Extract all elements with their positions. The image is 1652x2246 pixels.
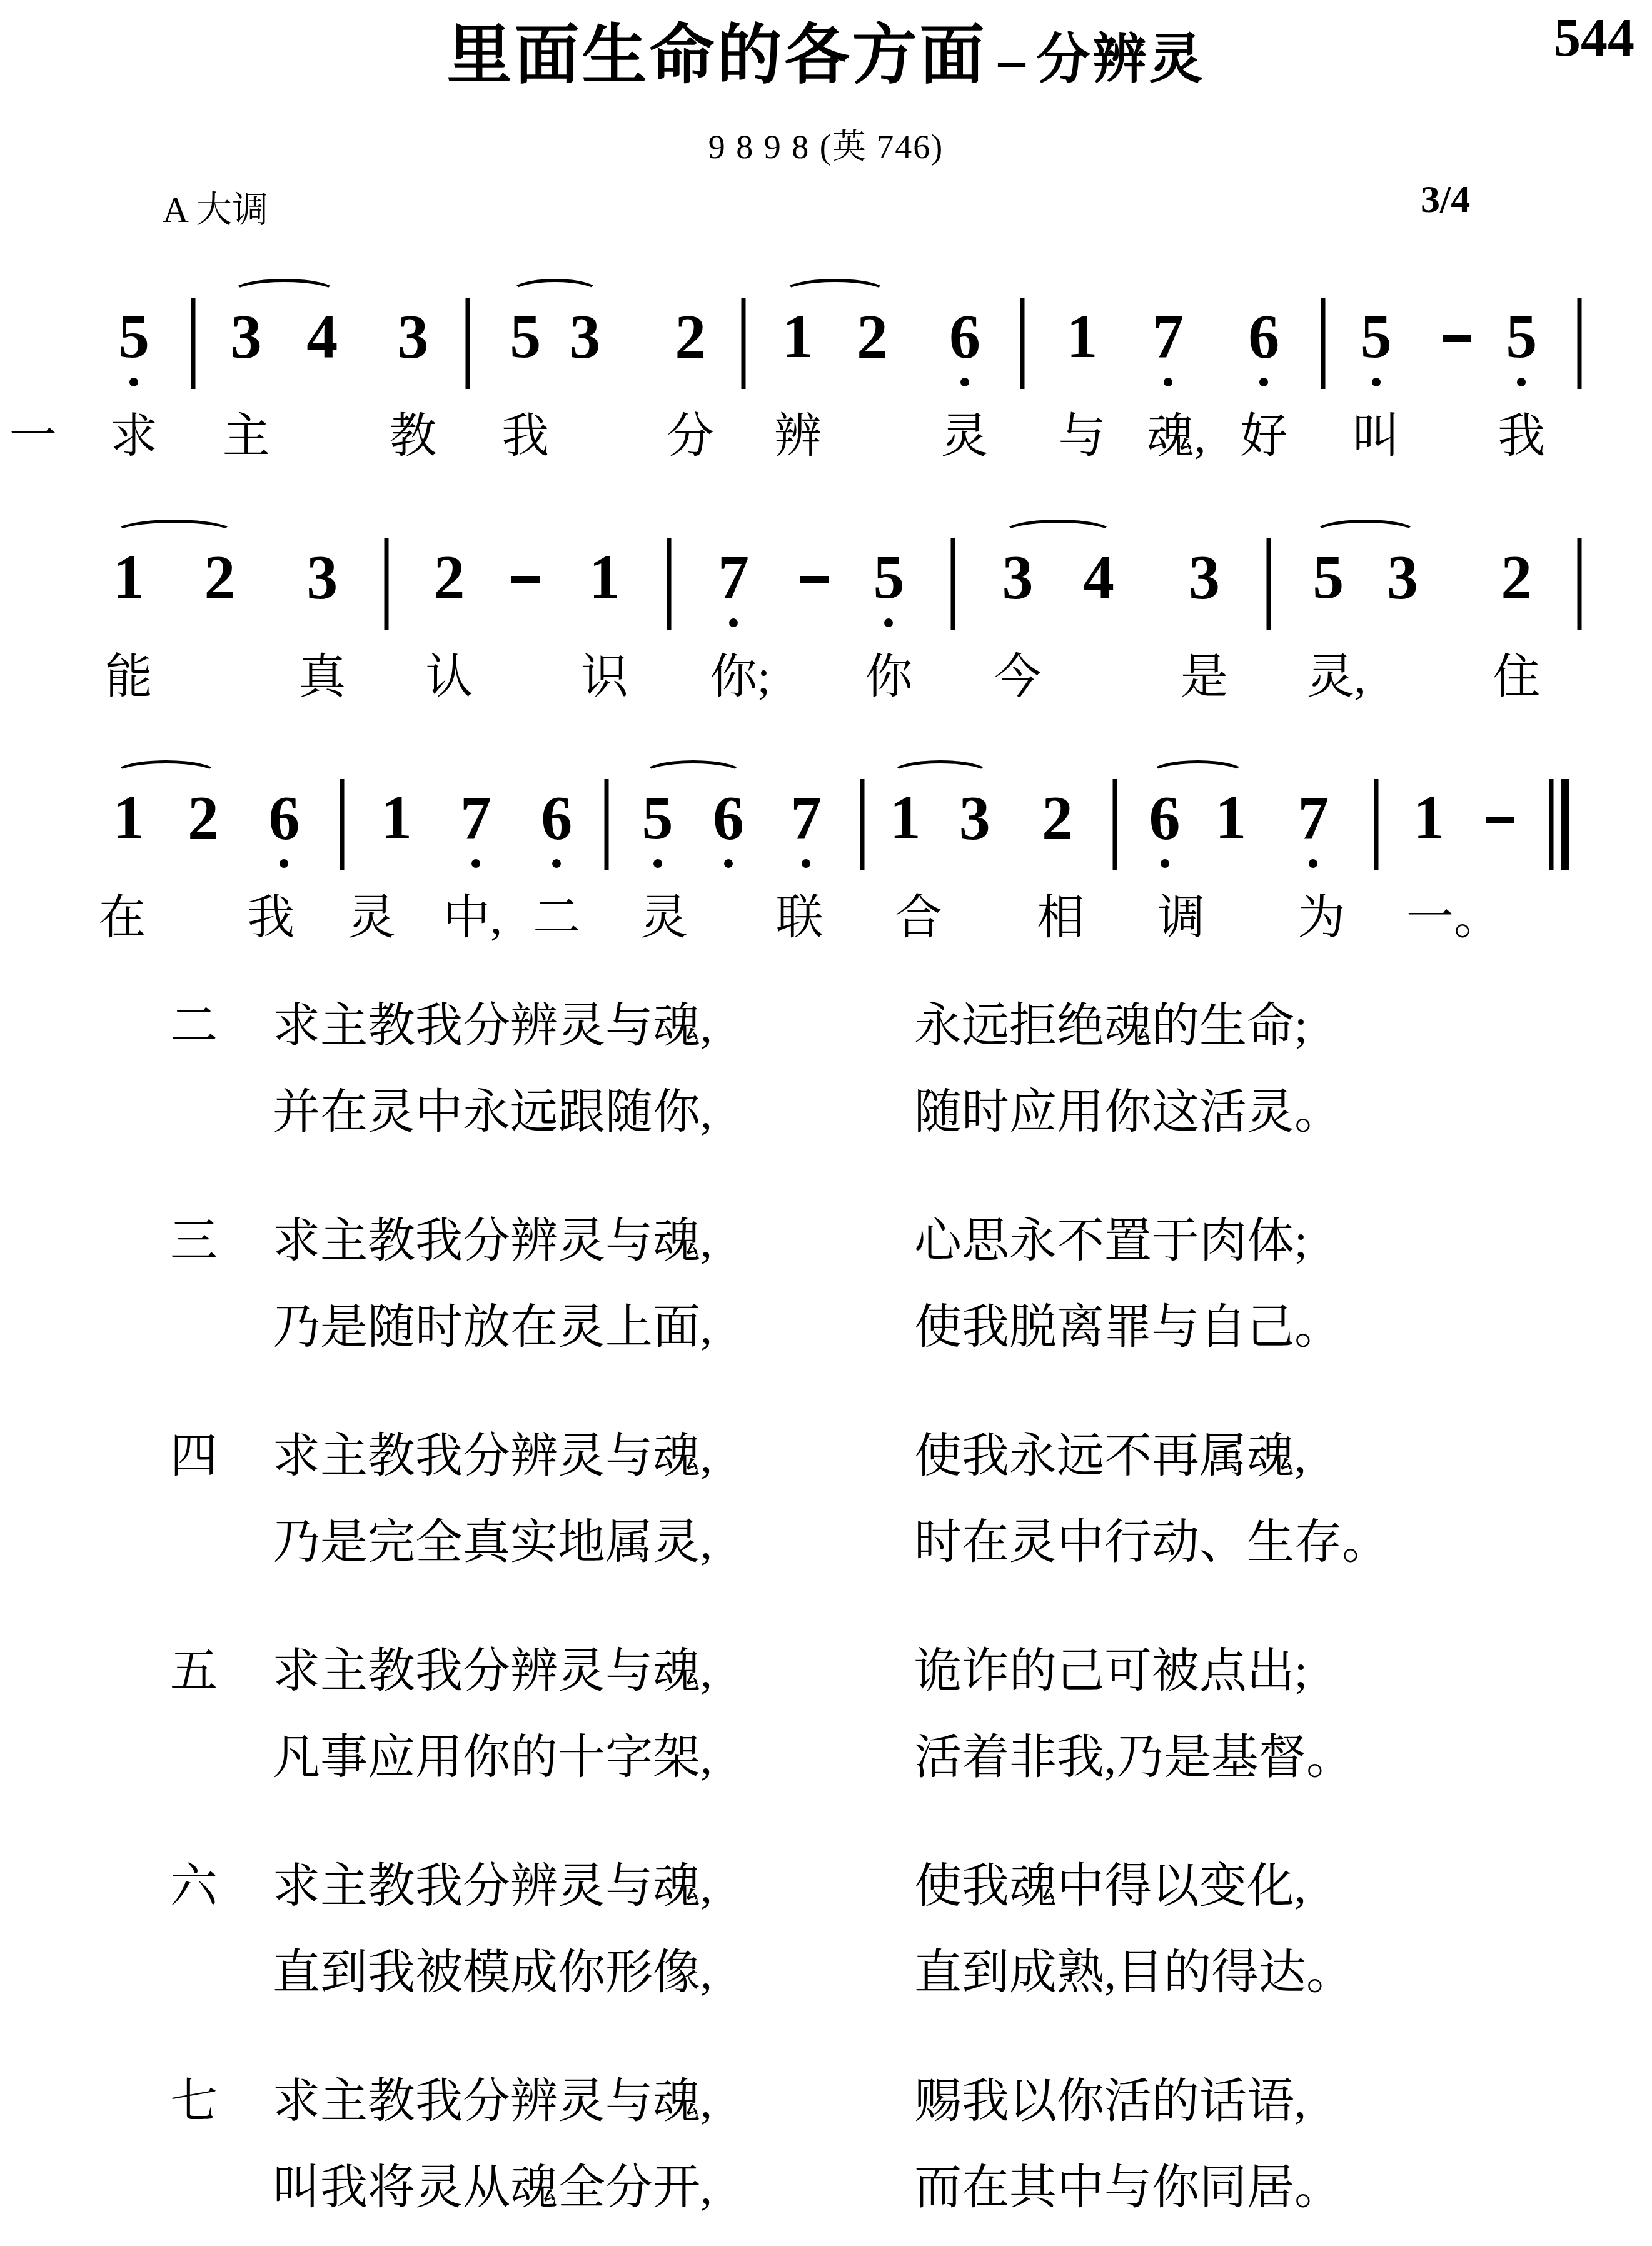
verse-row: 七求主教我分辨灵与魂,赐我以你活的话语, (0, 2075, 1652, 2143)
note-digit: 2 (1042, 787, 1073, 849)
note-digit: 6 (541, 787, 572, 849)
verse-row: 乃是随时放在灵上面,使我脱离罪与自己。 (0, 1301, 1652, 1369)
verse-line-second-half: 时在灵中行动、生存。 (914, 1516, 1389, 1570)
verse-row: 乃是完全真实地属灵,时在灵中行动、生存。 (0, 1516, 1652, 1584)
verse-line-first-half: 直到我被模成你形像, (273, 1946, 712, 2000)
note-digit: 4 (1083, 546, 1114, 608)
verse-line-second-half: 随时应用你这活灵。 (914, 1085, 1342, 1140)
verse-number: 五 (170, 1644, 218, 1699)
verse-number: 七 (170, 2075, 218, 2129)
verse-line-first-half: 乃是随时放在灵上面, (273, 1301, 712, 1355)
final-barline-thick (1561, 779, 1569, 870)
lyric-syllable: 一 (9, 413, 57, 460)
lyric-syllable: 你; (710, 653, 770, 701)
note-digit: 7 (790, 787, 822, 849)
final-barline-thin (1549, 779, 1553, 870)
note-digit: 1 (113, 546, 144, 608)
note-digit: 1 (1067, 305, 1098, 368)
lyric-syllable: 识 (581, 653, 628, 701)
note-digit: 2 (204, 546, 235, 608)
verse-row: 叫我将灵从魂全分开,而在其中与你同居。 (0, 2161, 1652, 2230)
note-digit: 5 (510, 305, 541, 368)
lyric-syllable: 求 (110, 413, 158, 460)
low-octave-dot (960, 378, 969, 386)
verse-row: 直到我被模成你形像,直到成熟,目的得达。 (0, 1946, 1652, 2015)
lyric-syllable: 我 (247, 894, 295, 942)
verse-line-second-half: 永远拒绝魂的生命; (914, 999, 1307, 1054)
note-digit: 7 (718, 546, 749, 608)
verse-line-first-half: 求主教我分辨灵与魂, (273, 1860, 712, 1914)
meter-line: 9 8 9 8 (英 746) (0, 120, 1652, 168)
low-octave-dot (802, 859, 810, 868)
note-digit: 2 (675, 305, 706, 368)
note-digit: 5 (1361, 305, 1392, 368)
duration-dash (1486, 817, 1514, 823)
lyric-syllable: 能 (105, 653, 153, 701)
barline (191, 298, 196, 389)
lyric-syllable: 教 (390, 413, 437, 460)
note-digit: 5 (1506, 305, 1537, 368)
barline (1267, 538, 1271, 630)
lyric-syllable: 合 (895, 894, 942, 942)
verse-row: 并在灵中永远跟随你,随时应用你这活灵。 (0, 1085, 1652, 1154)
lyric-syllable: 分 (667, 413, 714, 460)
lyric-syllable: 辨 (774, 413, 822, 460)
verse-line-first-half: 求主教我分辨灵与魂, (273, 1429, 712, 1484)
note-digit: 3 (1189, 546, 1220, 608)
verse-line-first-half: 求主教我分辨灵与魂, (273, 1214, 712, 1269)
verse-line-first-half: 求主教我分辨灵与魂, (273, 999, 712, 1054)
hymn-number: 544 (1554, 6, 1634, 69)
title-subtitle: 分辨灵 (1037, 29, 1206, 89)
verse-line-second-half: 使我永远不再属魂, (914, 1429, 1306, 1484)
lyric-syllable: 真 (298, 653, 346, 701)
note-digit: 3 (1387, 546, 1418, 608)
note-digit: 2 (857, 305, 888, 368)
barline (340, 779, 344, 870)
low-octave-dot (884, 618, 893, 627)
lyric-syllable: 认 (426, 653, 473, 701)
verse-row: 凡事应用你的十字架,活着非我,乃是基督。 (0, 1731, 1652, 1800)
note-digit: 6 (713, 787, 744, 849)
verse-line-second-half: 直到成熟,目的得达。 (914, 1946, 1354, 2000)
verse-row: 六求主教我分辨灵与魂,使我魂中得以变化, (0, 1860, 1652, 1928)
barline (1020, 298, 1025, 389)
hymn-page: 里面生命的各方面 – 分辨灵 544 9 8 9 8 (英 746) A 大调 … (0, 0, 1652, 2246)
verse-row: 三求主教我分辨灵与魂,心思永不置于肉体; (0, 1214, 1652, 1283)
verse-number: 三 (170, 1214, 218, 1269)
barline (385, 538, 389, 630)
note-digit: 6 (1248, 305, 1279, 368)
verse-number: 二 (170, 999, 218, 1054)
lyric-syllable: 魂, (1147, 413, 1206, 460)
note-digit: 4 (306, 305, 338, 368)
lyric-syllable: 为 (1298, 894, 1346, 942)
verse-row: 五求主教我分辨灵与魂,诡诈的己可被点出; (0, 1644, 1652, 1713)
duration-dash (800, 576, 829, 583)
low-octave-dot (1161, 859, 1169, 868)
verse-line-first-half: 并在灵中永远跟随你, (273, 1085, 712, 1140)
note-digit: 2 (188, 787, 219, 849)
lyric-syllable: 二 (533, 894, 580, 942)
note-digit: 3 (231, 305, 262, 368)
verse-line-second-half: 诡诈的己可被点出; (914, 1644, 1307, 1699)
note-digit: 6 (949, 305, 980, 368)
time-signature: 3/4 (1421, 178, 1470, 222)
note-digit: 1 (381, 787, 412, 849)
note-digit: 3 (1002, 546, 1033, 608)
verse-row: 四求主教我分辨灵与魂,使我永远不再属魂, (0, 1429, 1652, 1498)
note-digit: 6 (1149, 787, 1181, 849)
duration-dash (511, 576, 540, 583)
note-digit: 1 (589, 546, 620, 608)
note-digit: 7 (460, 787, 491, 849)
low-octave-dot (280, 859, 288, 868)
lyric-syllable: 我 (501, 413, 549, 460)
verse-number: 四 (170, 1429, 218, 1484)
low-octave-dot (1309, 859, 1317, 868)
barline (465, 298, 470, 389)
barline (1321, 298, 1326, 389)
lyric-syllable: 叫 (1352, 413, 1400, 460)
verse-line-first-half: 乃是完全真实地属灵, (273, 1516, 712, 1570)
low-octave-dot (552, 859, 561, 868)
low-octave-dot (471, 859, 480, 868)
note-digit: 5 (118, 305, 149, 368)
verse-line-second-half: 活着非我,乃是基督。 (914, 1731, 1354, 1785)
lyric-syllable: 调 (1157, 894, 1205, 942)
note-digit: 3 (306, 546, 338, 608)
lyric-syllable: 与 (1059, 413, 1106, 460)
barline (741, 298, 745, 389)
lyric-syllable: 是 (1181, 653, 1228, 701)
verse-line-first-half: 求主教我分辨灵与魂, (273, 2075, 712, 2129)
lyric-syllable: 相 (1037, 894, 1084, 942)
lyric-syllable: 灵 (640, 894, 688, 942)
note-digit: 1 (1215, 787, 1246, 849)
low-octave-dot (729, 618, 738, 627)
lyric-syllable: 灵 (348, 894, 395, 942)
low-octave-dot (724, 859, 733, 868)
note-digit: 1 (782, 305, 813, 368)
duration-dash (1443, 335, 1471, 342)
page-title: 里面生命的各方面 – 分辨灵 (0, 3, 1652, 96)
music-line: 1232175343532能真认识你;你今是灵,住 (0, 522, 1652, 728)
lyric-syllable: 联 (776, 894, 823, 942)
note-digit: 7 (1152, 305, 1184, 368)
note-digit: 1 (113, 787, 144, 849)
barline (1577, 298, 1581, 389)
barline (604, 779, 608, 870)
barline (860, 779, 865, 870)
lyric-syllable: 一。 (1406, 894, 1501, 942)
lyric-syllable: 住 (1493, 653, 1540, 701)
lyric-syllable: 主 (223, 413, 270, 460)
low-octave-dot (129, 378, 138, 386)
note-digit: 5 (1312, 546, 1344, 608)
barline (951, 538, 955, 630)
verse-line-second-half: 使我魂中得以变化, (914, 1860, 1306, 1914)
lyric-syllable: 我 (1498, 413, 1545, 460)
lyric-syllable: 灵, (1307, 653, 1366, 701)
lyric-syllable: 灵 (941, 413, 989, 460)
lyric-syllable: 中, (443, 894, 502, 942)
low-octave-dot (1372, 378, 1381, 386)
verse-line-second-half: 而在其中与你同居。 (914, 2161, 1342, 2215)
music-line: 1261765671326171在我灵中,二灵联合相调为一。 (0, 763, 1652, 969)
lyric-syllable: 好 (1240, 413, 1287, 460)
barline (667, 538, 672, 630)
verse-line-first-half: 叫我将灵从魂全分开, (273, 2161, 712, 2215)
title-main: 里面生命的各方面 (446, 20, 987, 92)
note-digit: 1 (1413, 787, 1444, 849)
barline (1577, 538, 1581, 630)
verse-line-second-half: 心思永不置于肉体; (914, 1214, 1307, 1269)
lyric-syllable: 在 (99, 894, 146, 942)
key-label: A 大调 (163, 180, 268, 233)
verse-line-second-half: 使我脱离罪与自己。 (914, 1301, 1342, 1355)
note-digit: 1 (890, 787, 921, 849)
note-digit: 5 (642, 787, 673, 849)
title-dash: – (990, 29, 1034, 89)
low-octave-dot (1517, 378, 1526, 386)
note-digit: 3 (398, 305, 429, 368)
note-digit: 3 (959, 787, 990, 849)
note-digit: 3 (569, 305, 600, 368)
verse-line-first-half: 凡事应用你的十字架, (273, 1731, 712, 1785)
lyric-syllable: 你 (865, 653, 912, 701)
barline (1113, 779, 1117, 870)
lyric-syllable: 今 (994, 653, 1041, 701)
low-octave-dot (1259, 378, 1268, 386)
verse-number: 六 (170, 1860, 218, 1914)
verse-row: 二求主教我分辨灵与魂,永远拒绝魂的生命; (0, 999, 1652, 1068)
low-octave-dot (653, 859, 662, 868)
music-line: 534353212617655一求主教我分辨灵与魂,好叫我 (0, 281, 1652, 488)
low-octave-dot (1164, 378, 1172, 386)
barline (1374, 779, 1378, 870)
note-digit: 2 (1501, 546, 1532, 608)
note-digit: 6 (268, 787, 300, 849)
verse-line-first-half: 求主教我分辨灵与魂, (273, 1644, 712, 1699)
note-digit: 2 (434, 546, 465, 608)
note-digit: 7 (1297, 787, 1329, 849)
note-digit: 5 (873, 546, 904, 608)
verse-line-second-half: 赐我以你活的话语, (914, 2075, 1306, 2129)
